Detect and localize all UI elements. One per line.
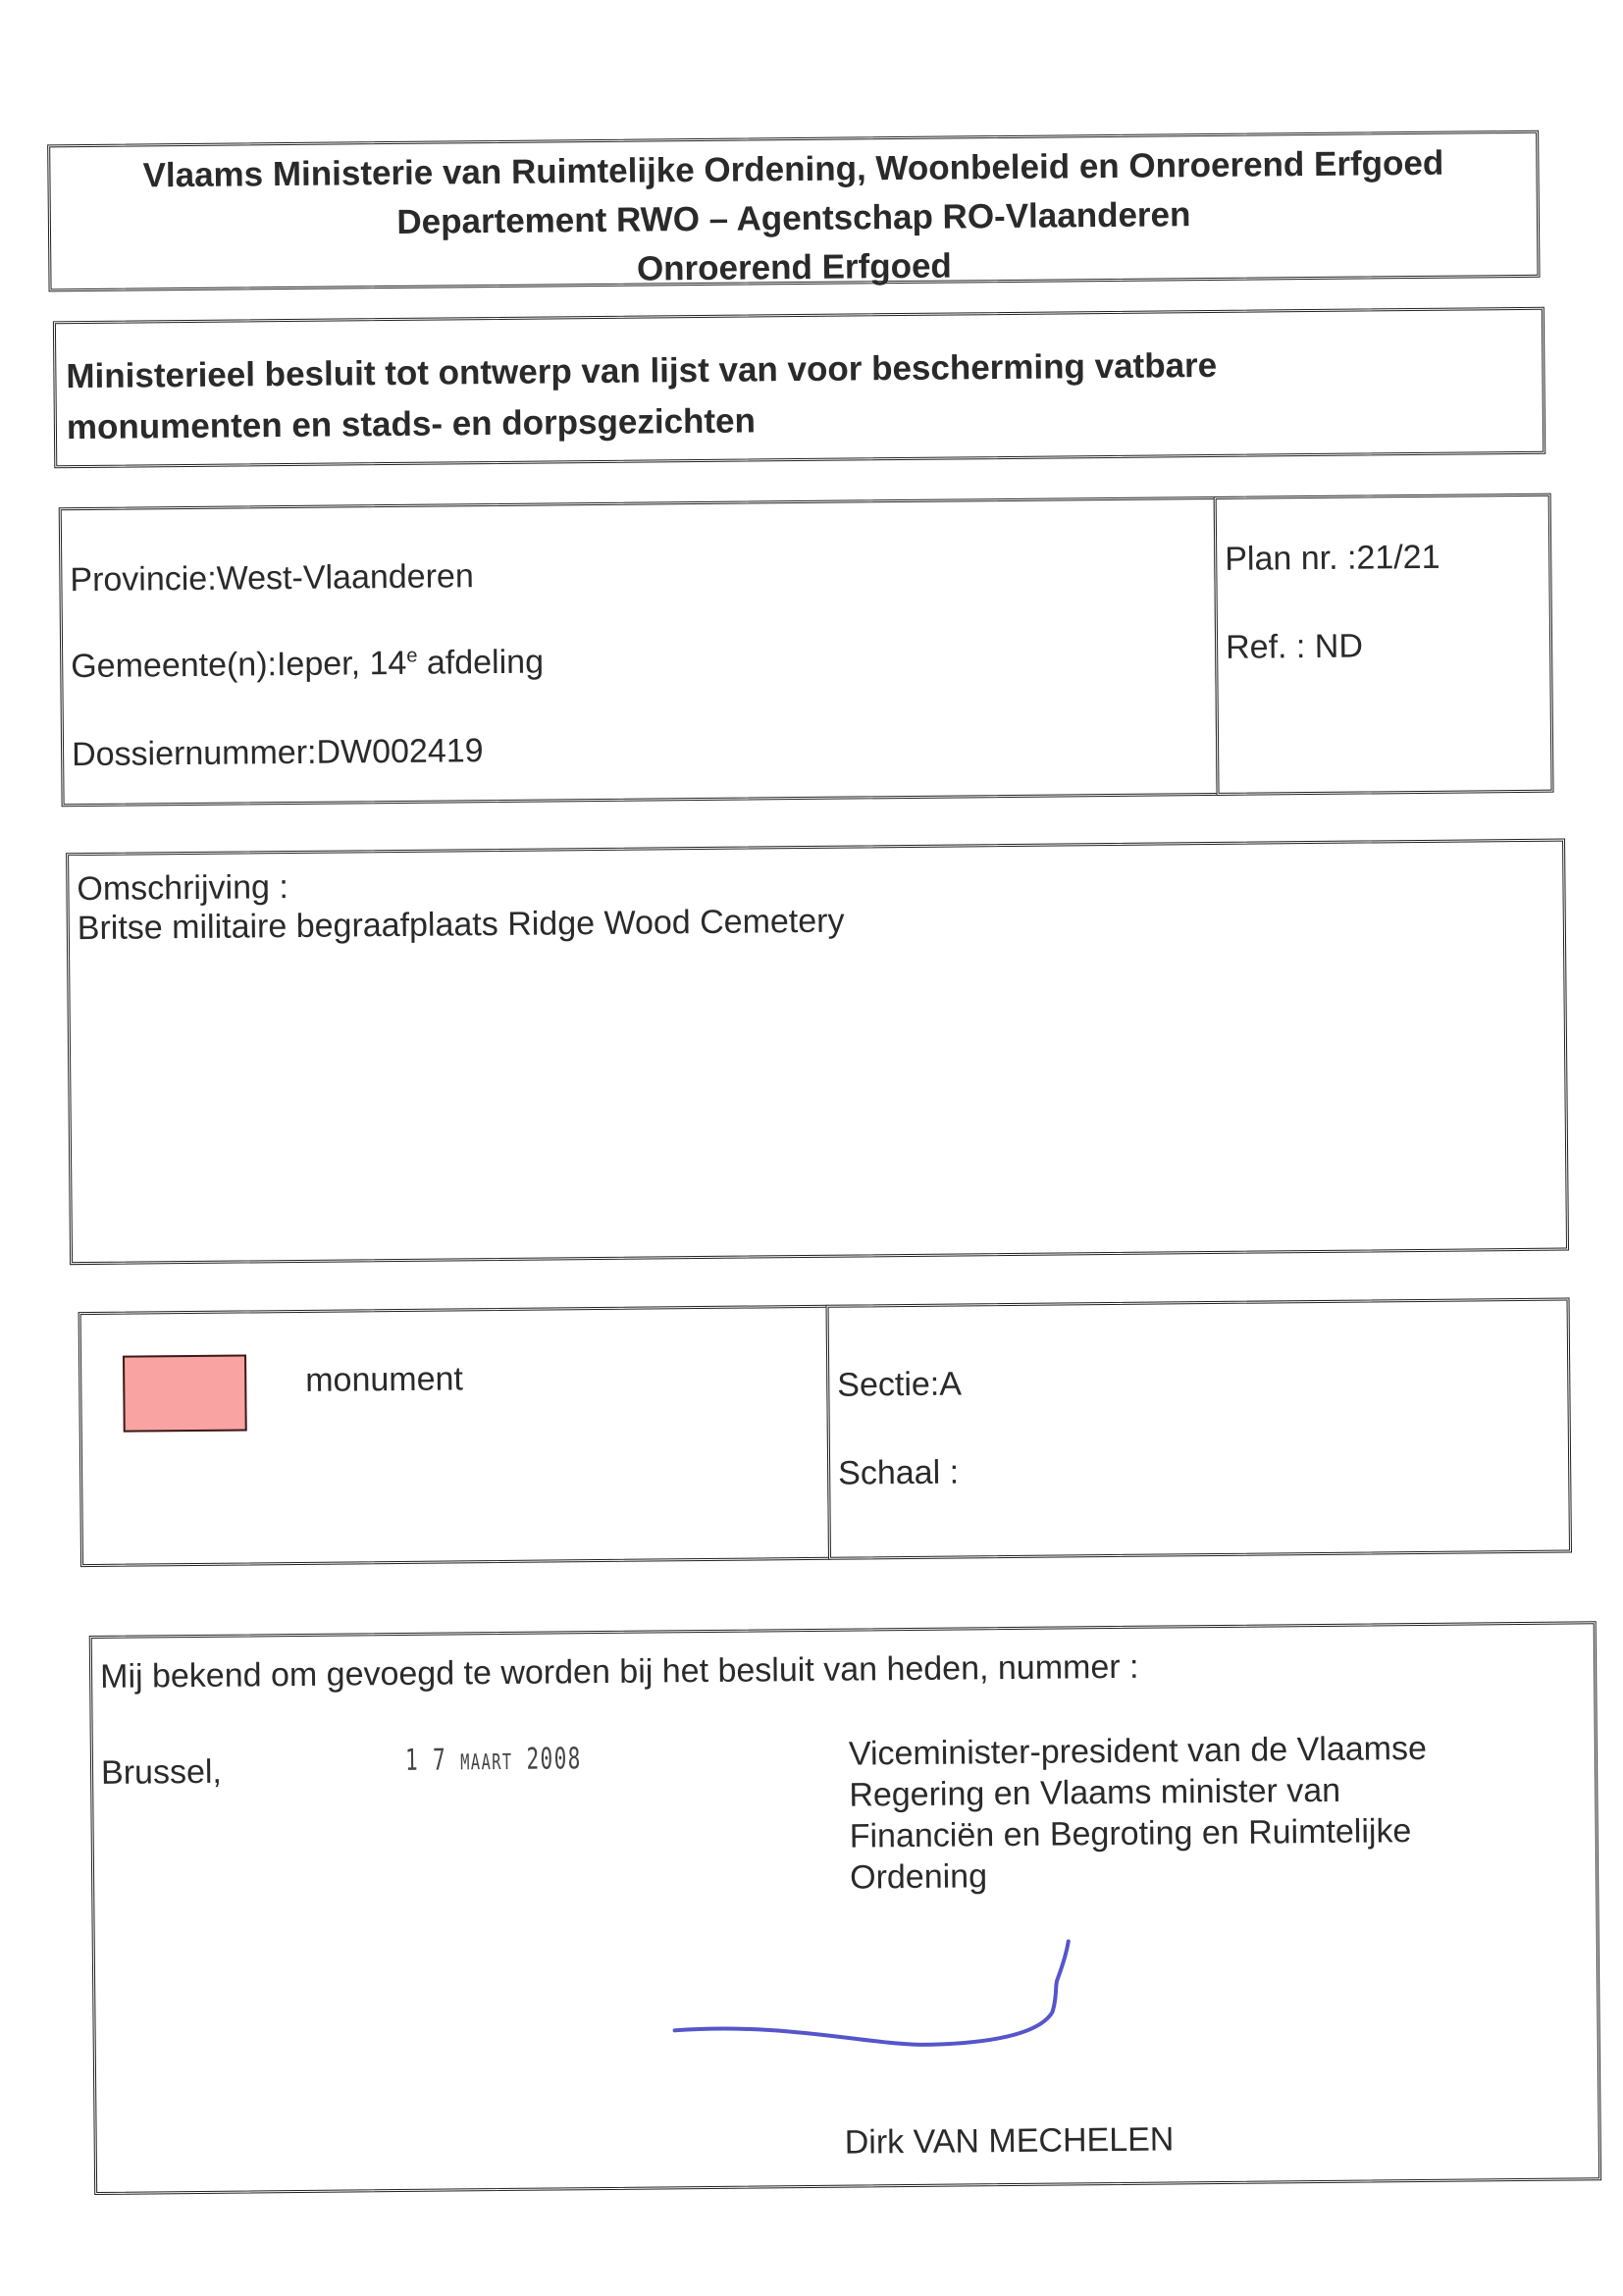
signature-intro: Mij bekend om gevoegd te worden bij het …: [100, 1648, 1139, 1696]
minister-title: Viceminister-president van de Vlaamse Re…: [849, 1728, 1429, 1899]
date-stamp: 1 7 MAART 2008: [405, 1742, 582, 1778]
place: Brussel,: [101, 1753, 222, 1793]
document-page: Vlaams Ministerie van Ruimtelijke Ordeni…: [0, 0, 1623, 2296]
legend-box: monument: [79, 1305, 831, 1567]
document-title: Ministerieel besluit tot ontwerp van lij…: [53, 307, 1545, 469]
reference: Ref. : ND: [1226, 628, 1363, 667]
sectie-field: Sectie:A: [837, 1365, 962, 1404]
section-box: Sectie:A Schaal :: [826, 1298, 1572, 1560]
signature-block: Mij bekend om gevoegd te worden bij het …: [89, 1621, 1601, 2195]
schaal-field: Schaal :: [838, 1454, 959, 1493]
handwritten-signature: [664, 1933, 1136, 2065]
plan-number: Plan nr. :21/21: [1225, 539, 1440, 579]
signatory-name: Dirk VAN MECHELEN: [845, 2120, 1175, 2162]
dossier-field: Dossiernummer:DW002419: [72, 732, 484, 774]
location-info: Provincie:West-Vlaanderen Gemeente(n):Ie…: [59, 496, 1220, 807]
description-box: Omschrijving : Britse militaire begraafp…: [66, 839, 1569, 1266]
plan-info: Plan nr. :21/21 Ref. : ND: [1214, 494, 1554, 796]
provincie-field: Provincie:West-Vlaanderen: [70, 557, 474, 600]
legend-label: monument: [305, 1360, 463, 1400]
monument-swatch: [123, 1354, 247, 1432]
gemeente-field: Gemeente(n):Ieper, 14e afdeling: [71, 644, 544, 687]
ministry-header: Vlaams Ministerie van Ruimtelijke Ordeni…: [47, 130, 1540, 292]
